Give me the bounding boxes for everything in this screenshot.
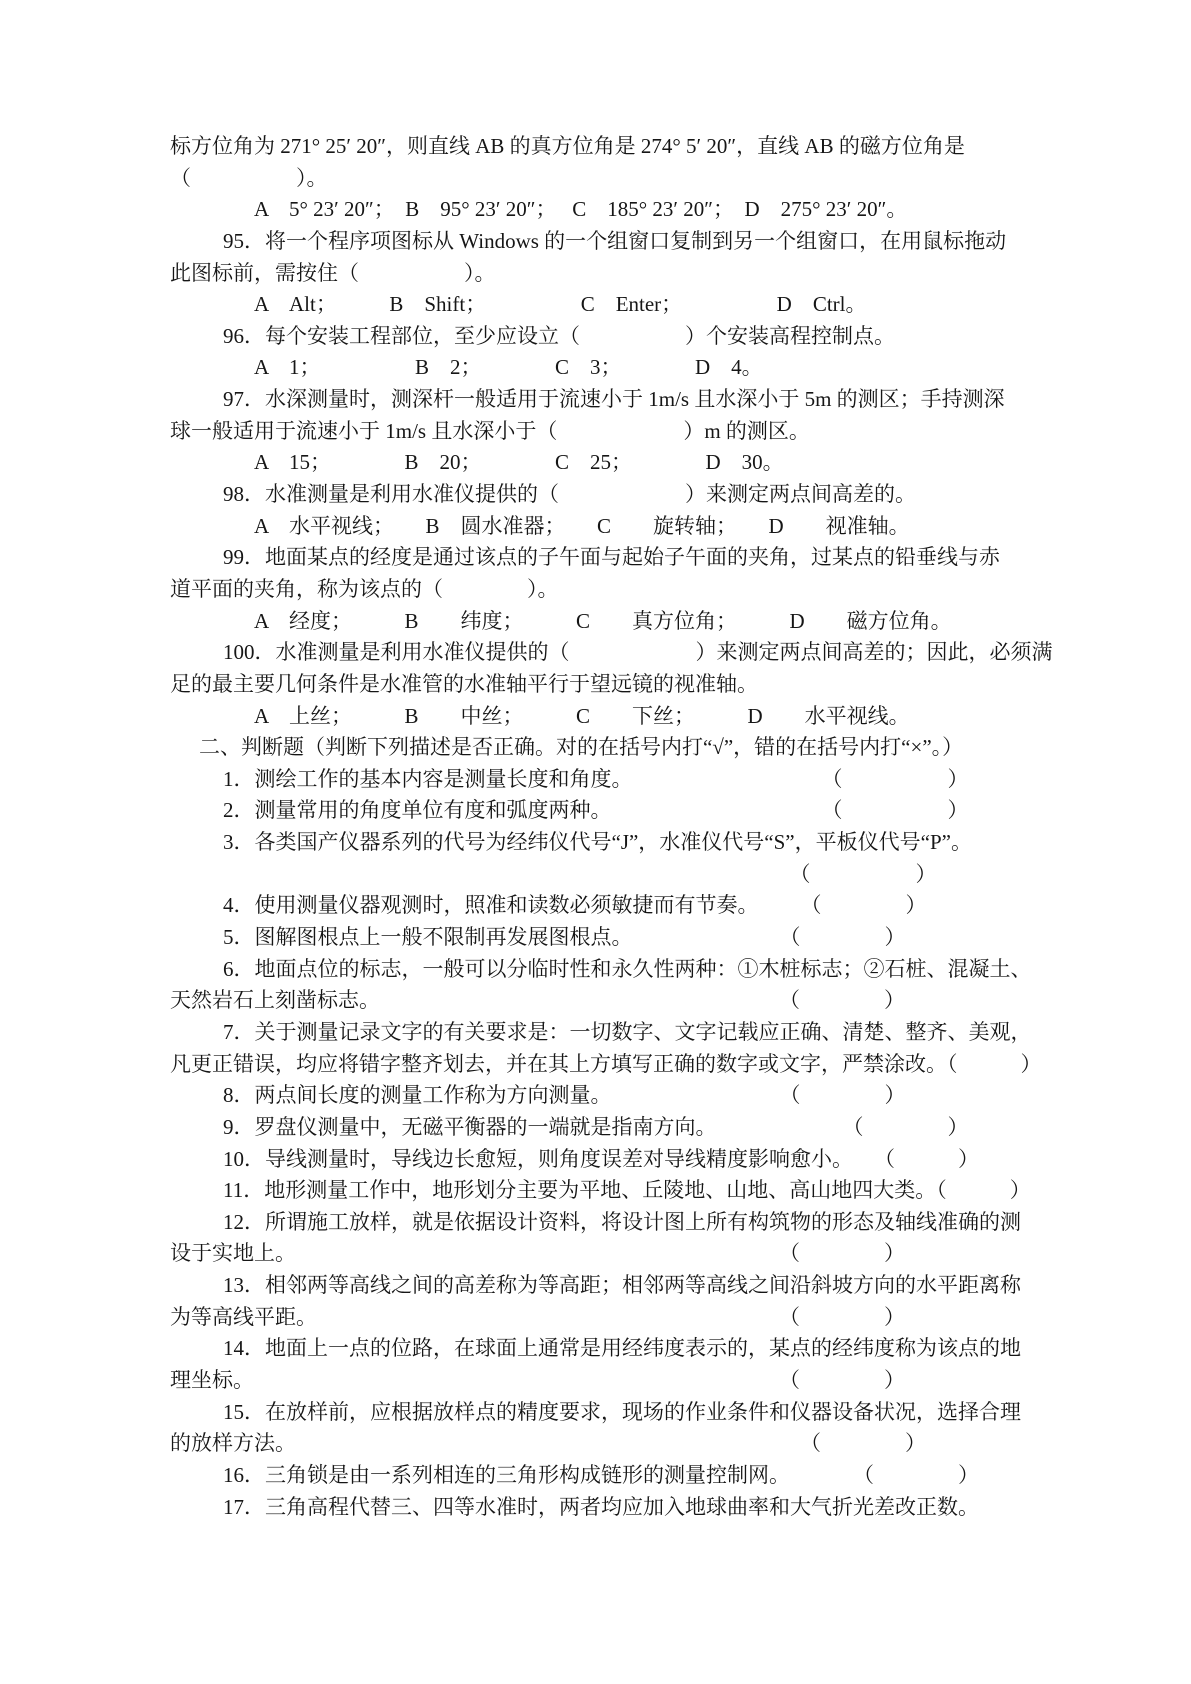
q99-options: A 经度； B 纬度； C 真方位角； D 磁方位角。 [170, 606, 1051, 638]
q96-options: A 1； B 2； C 3； D 4。 [170, 352, 1051, 384]
q99-stem-continuation: 道平面的夹角，称为该点的（ ）。 [170, 574, 1051, 606]
tf16: 16．三角锁是由一系列相连的三角形构成链形的测量控制网。 （ ） [170, 1460, 1051, 1492]
q94-answer-blank: （ ）。 [170, 163, 1051, 195]
q96-stem: 96．每个安装工程部位，至少应设立（ ）个安装高程控制点。 [170, 321, 1051, 353]
q100-stem: 100．水准测量是利用水准仪提供的（ ）来测定两点间高差的；因此，必须满 [170, 637, 1051, 669]
exam-document-body: 标方位角为 271° 25′ 20″，则直线 AB 的真方位角是 274° 5′… [0, 0, 1191, 1523]
tf8: 8．两点间长度的测量工作称为方向测量。 （ ） [170, 1080, 1051, 1112]
exam-paper-page: 标方位角为 271° 25′ 20″，则直线 AB 的真方位角是 274° 5′… [0, 0, 1191, 1684]
tf9: 9．罗盘仪测量中，无磁平衡器的一端就是指南方向。 （ ） [170, 1112, 1051, 1144]
q95-stem-continuation: 此图标前，需按住（ ）。 [170, 258, 1051, 290]
tf4: 4．使用测量仪器观测时，照准和读数必须敏捷而有节奏。 （ ） [170, 890, 1051, 922]
tf15: 15．在放样前，应根据放样点的精度要求，现场的作业条件和仪器设备状况，选择合理 [170, 1397, 1051, 1429]
q97-options: A 15； B 20； C 25； D 30。 [170, 447, 1051, 479]
section2-heading: 二、判断题（判断下列描述是否正确。对的在括号内打“√”，错的在括号内打“×”。） [170, 732, 1051, 764]
tf15-continuation: 的放样方法。 （ ） [170, 1428, 1051, 1460]
tf6: 6．地面点位的标志，一般可以分临时性和永久性两种：①木桩标志；②石桩、混凝土、 [170, 954, 1051, 986]
tf7: 7．关于测量记录文字的有关要求是：一切数字、文字记载应正确、清楚、整齐、美观， [170, 1017, 1051, 1049]
q99-stem: 99．地面某点的经度是通过该点的子午面与起始子午面的夹角，过某点的铅垂线与赤 [170, 542, 1051, 574]
tf6-continuation: 天然岩石上刻凿标志。 （ ） [170, 985, 1051, 1017]
tf12-continuation: 设于实地上。 （ ） [170, 1238, 1051, 1270]
q98-options: A 水平视线； B 圆水准器； C 旋转轴； D 视准轴。 [170, 511, 1051, 543]
q98-stem: 98．水准测量是利用水准仪提供的（ ）来测定两点间高差的。 [170, 479, 1051, 511]
tf17: 17．三角高程代替三、四等水准时，两者均应加入地球曲率和大气折光差改正数。 [170, 1492, 1051, 1524]
q100-options: A 上丝； B 中丝； C 下丝； D 水平视线。 [170, 701, 1051, 733]
tf14-continuation: 理坐标。 （ ） [170, 1365, 1051, 1397]
q97-stem: 97．水深测量时，测深杆一般适用于流速小于 1m/s 且水深小于 5m 的测区；… [170, 384, 1051, 416]
tf7-continuation: 凡更正错误，均应将错字整齐划去，并在其上方填写正确的数字或文字，严禁涂改。（ ） [170, 1049, 1051, 1081]
tf11: 11．地形测量工作中，地形划分主要为平地、丘陵地、山地、高山地四大类。（ ） [170, 1175, 1051, 1207]
tf2: 2．测量常用的角度单位有度和弧度两种。 （ ） [170, 795, 1051, 827]
tf12: 12．所谓施工放样，就是依据设计资料，将设计图上所有构筑物的形态及轴线准确的测 [170, 1207, 1051, 1239]
tf3: 3．各类国产仪器系列的代号为经纬仪代号“J”，水准仪代号“S”，平板仪代号“P”… [170, 827, 1051, 859]
tf5: 5．图解图根点上一般不限制再发展图根点。 （ ） [170, 922, 1051, 954]
q97-stem-continuation: 球一般适用于流速小于 1m/s 且水深小于（ ）m 的测区。 [170, 416, 1051, 448]
q95-options: A Alt； B Shift； C Enter； D Ctrl。 [170, 289, 1051, 321]
tf10: 10．导线测量时，导线边长愈短，则角度误差对导线精度影响愈小。 （ ） [170, 1144, 1051, 1176]
tf14: 14．地面上一点的位路，在球面上通常是用经纬度表示的，某点的经纬度称为该点的地 [170, 1333, 1051, 1365]
tf1: 1．测绘工作的基本内容是测量长度和角度。 （ ） [170, 764, 1051, 796]
tf3-answer-blank: （ ） [170, 859, 1051, 891]
q94-options: A 5° 23′ 20″； B 95° 23′ 20″； C 185° 23′ … [170, 194, 1051, 226]
tf13-continuation: 为等高线平距。 （ ） [170, 1302, 1051, 1334]
q94-stem-continuation: 标方位角为 271° 25′ 20″，则直线 AB 的真方位角是 274° 5′… [170, 131, 1051, 163]
q95-stem: 95．将一个程序项图标从 Windows 的一个组窗口复制到另一个组窗口，在用鼠… [170, 226, 1051, 258]
tf13: 13．相邻两等高线之间的高差称为等高距；相邻两等高线之间沿斜坡方向的水平距离称 [170, 1270, 1051, 1302]
q100-stem-continuation: 足的最主要几何条件是水准管的水准轴平行于望远镜的视准轴。 [170, 669, 1051, 701]
